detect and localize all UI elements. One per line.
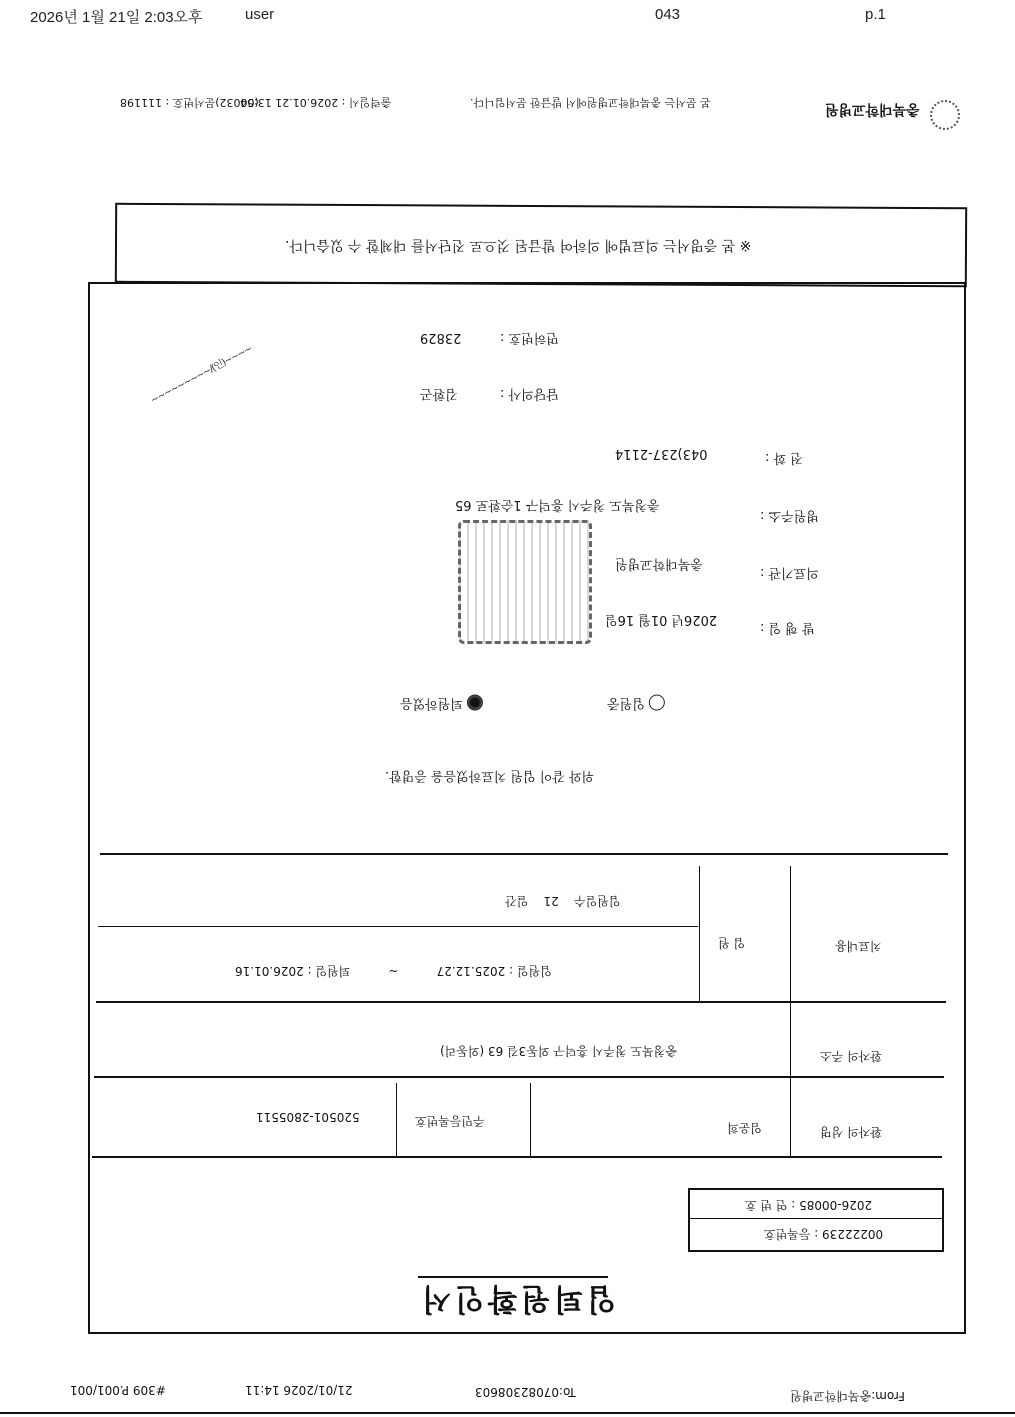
doctor-label: 담당의사 : — [500, 386, 559, 405]
registration-number: 00222239 : 등록번호 — [764, 1226, 883, 1243]
print-page: p.1 — [865, 6, 886, 23]
institution-label: 의료기관 : — [760, 565, 819, 584]
issue-date-label: 발 행 일 : — [760, 620, 814, 639]
print-area-code: 043 — [655, 6, 680, 23]
patient-name-label: 환자의 성명 — [820, 1124, 882, 1141]
treatment-section-label: 치료내용 — [835, 938, 881, 955]
title-underline — [418, 1276, 608, 1278]
phone-value: 043)237-2114 — [615, 446, 707, 461]
hospital-seal-stamp — [458, 520, 592, 644]
table-rule — [790, 866, 791, 1156]
status-admitted: 입원중 — [607, 695, 665, 715]
patient-address-label: 환자의 주소 — [820, 1048, 882, 1065]
patient-rrn-value: 520501-2805511 — [256, 1110, 360, 1124]
admission-days: 입원일수 21 일간 — [505, 893, 620, 910]
hospital-address-value: 충청북도 청주시 흥덕구 1순환로 65 — [455, 497, 660, 516]
doctor-value: 김환곤 — [420, 386, 458, 405]
print-header: 2026년 1월 21일 2:03오후 user 043 p.1 — [0, 6, 1015, 26]
hospital-address-label: 병원주소 : — [760, 508, 819, 527]
certificate-frame — [88, 282, 966, 1334]
admission-period: 입원일 : 2025.12.27 ~ 퇴원일 : 2026.01.16 — [235, 963, 552, 980]
table-rule — [699, 866, 700, 1003]
status-discharged: 퇴원하였음 — [400, 695, 483, 715]
radio-admitted-icon — [649, 695, 665, 711]
radio-discharged-icon — [467, 695, 483, 711]
patient-rrn-label: 주민등록번호 — [415, 1113, 485, 1130]
issue-date-value: 2026년 01월 16일 — [605, 612, 717, 631]
fax-issue-no: (00032)문서번호 : 111198 — [120, 95, 259, 111]
table-rule — [530, 1083, 531, 1157]
fax-issued-at: 출력일시 : 2026.01.21 13:54 — [240, 95, 391, 111]
page-bottom-rule — [0, 1412, 1015, 1414]
table-rule — [396, 1083, 397, 1157]
fax-datetime: 21/01/2026 14:11 — [245, 1383, 353, 1397]
notice-text: ※ 본 증명서는 의료법에 의하여 발급된 것으로 진단서를 대체할 수 있습니… — [285, 236, 751, 256]
fax-to: To:07082308603 — [475, 1385, 576, 1399]
table-rule — [100, 853, 948, 855]
serial-number: 2026-00085 : 연 번 호 — [745, 1197, 872, 1214]
license-label: 면허번호 : — [500, 330, 559, 349]
fax-sender-logo-text: 충북대학교병원 — [825, 100, 920, 120]
fax-notice: 본 문서는 충북대학교병원에서 발급한 문서입니다. — [470, 95, 711, 111]
phone-label: 전 화 : — [765, 450, 803, 469]
patient-address-value: 충청북도 청주시 흥덕구 외동3길 63 (외동리) — [440, 1043, 677, 1060]
table-rule — [98, 926, 698, 927]
certify-text: 위와 같이 입원 치료하였음을 증명함. — [385, 768, 594, 787]
print-user: user — [245, 6, 274, 23]
treatment-type: 입 원 — [718, 935, 745, 952]
license-value: 23829 — [420, 330, 461, 345]
document-title: 입퇴원확인서 — [418, 1280, 616, 1324]
fax-from: From:충북대학교병원 — [790, 1388, 905, 1405]
table-rule — [96, 1001, 946, 1003]
hospital-logo-icon — [930, 100, 960, 130]
patient-name-value: 임운희 — [727, 1120, 762, 1137]
institution-value: 충북대학교병원 — [615, 556, 703, 575]
fax-page-info: #309 P.001/001 — [70, 1383, 166, 1397]
table-rule — [92, 1156, 942, 1158]
print-datetime: 2026년 1월 21일 2:03오후 — [30, 6, 203, 27]
table-rule — [94, 1076, 944, 1078]
serial-box-divider — [688, 1218, 942, 1219]
